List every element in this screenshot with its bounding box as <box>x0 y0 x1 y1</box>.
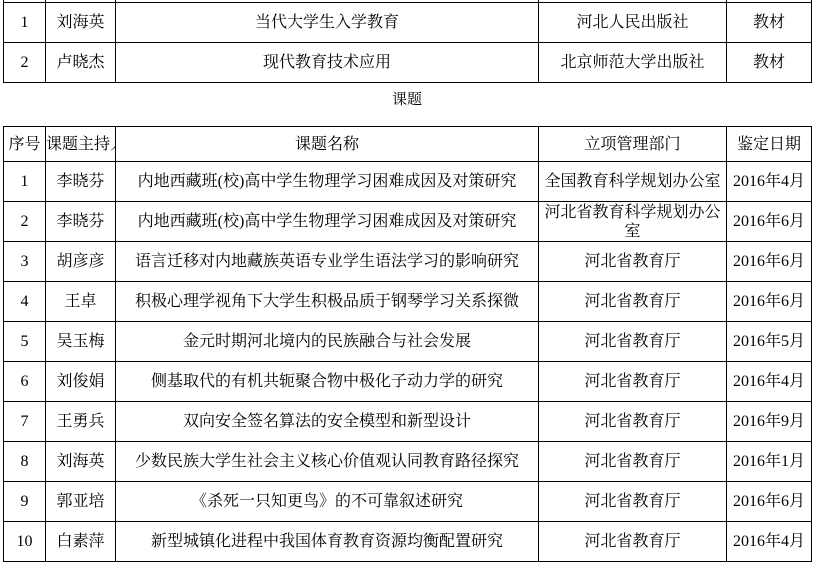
cell-department: 河北省教育厅 <box>539 402 727 442</box>
cell-serial: 10 <box>4 522 46 562</box>
cell-publisher: 北京师范大学出版社 <box>539 43 727 83</box>
cell-number: 2 <box>4 43 46 83</box>
table-row: 2 李晓芬 内地西藏班(校)高中学生物理学习困难成因及对策研究 河北省教育科学规… <box>4 202 812 242</box>
cell-project-name: 内地西藏班(校)高中学生物理学习困难成因及对策研究 <box>116 202 539 242</box>
cell-serial: 7 <box>4 402 46 442</box>
publications-table-wrapper: 1 刘海英 当代大学生入学教育 河北人民出版社 教材 2 卢晓杰 现代教育技术应… <box>3 0 814 84</box>
cell-author: 卢晓杰 <box>46 43 116 83</box>
cell-department: 河北省教育厅 <box>539 482 727 522</box>
cell-date: 2016年6月 <box>727 482 812 522</box>
cell-leader: 白素萍 <box>46 522 116 562</box>
projects-table-header-row: 序号 课题主持人 课题名称 立项管理部门 鉴定日期 <box>4 127 812 162</box>
cell-author: 刘海英 <box>46 3 116 43</box>
cell-serial: 1 <box>4 162 46 202</box>
cell-publisher: 河北人民出版社 <box>539 3 727 43</box>
table-row: 8 刘海英 少数民族大学生社会主义核心价值观认同教育路径探究 河北省教育厅 20… <box>4 442 812 482</box>
cell-date: 2016年5月 <box>727 322 812 362</box>
cell-date: 2016年9月 <box>727 402 812 442</box>
cell-date: 2016年6月 <box>727 282 812 322</box>
table-row: 7 王勇兵 双向安全签名算法的安全模型和新型设计 河北省教育厅 2016年9月 <box>4 402 812 442</box>
cell-department: 河北省教育厅 <box>539 362 727 402</box>
header-date: 鉴定日期 <box>727 127 812 162</box>
cell-book-title: 现代教育技术应用 <box>116 43 539 83</box>
cell-date: 2016年6月 <box>727 242 812 282</box>
cell-department: 河北省教育厅 <box>539 282 727 322</box>
cell-leader: 王卓 <box>46 282 116 322</box>
cell-date: 2016年4月 <box>727 362 812 402</box>
cell-serial: 2 <box>4 202 46 242</box>
table-row: 4 王卓 积极心理学视角下大学生积极品质于钢琴学习关系探微 河北省教育厅 201… <box>4 282 812 322</box>
cell-project-name: 少数民族大学生社会主义核心价值观认同教育路径探究 <box>116 442 539 482</box>
publications-table: 1 刘海英 当代大学生入学教育 河北人民出版社 教材 2 卢晓杰 现代教育技术应… <box>3 0 812 83</box>
cell-department: 河北省教育厅 <box>539 522 727 562</box>
cell-department: 河北省教育厅 <box>539 242 727 282</box>
cell-project-name: 《杀死一只知更鸟》的不可靠叙述研究 <box>116 482 539 522</box>
document-page: 1 刘海英 当代大学生入学教育 河北人民出版社 教材 2 卢晓杰 现代教育技术应… <box>0 0 814 562</box>
cell-department: 河北省教育厅 <box>539 442 727 482</box>
cell-leader: 李晓芬 <box>46 202 116 242</box>
cell-leader: 胡彦彦 <box>46 242 116 282</box>
header-serial: 序号 <box>4 127 46 162</box>
cell-department: 河北省教育科学规划办公室 <box>539 202 727 242</box>
cell-leader: 李晓芬 <box>46 162 116 202</box>
header-leader: 课题主持人 <box>46 127 116 162</box>
section-title: 课题 <box>3 90 811 110</box>
cell-leader: 郭亚培 <box>46 482 116 522</box>
cell-serial: 9 <box>4 482 46 522</box>
cell-date: 2016年1月 <box>727 442 812 482</box>
table-row: 2 卢晓杰 现代教育技术应用 北京师范大学出版社 教材 <box>4 43 812 83</box>
cell-number: 1 <box>4 3 46 43</box>
header-project-name: 课题名称 <box>116 127 539 162</box>
table-row: 6 刘俊娟 侧基取代的有机共轭聚合物中极化子动力学的研究 河北省教育厅 2016… <box>4 362 812 402</box>
table-row: 1 李晓芬 内地西藏班(校)高中学生物理学习困难成因及对策研究 全国教育科学规划… <box>4 162 812 202</box>
cell-project-name: 语言迁移对内地藏族英语专业学生语法学习的影响研究 <box>116 242 539 282</box>
cell-department: 河北省教育厅 <box>539 322 727 362</box>
table-row: 3 胡彦彦 语言迁移对内地藏族英语专业学生语法学习的影响研究 河北省教育厅 20… <box>4 242 812 282</box>
header-department: 立项管理部门 <box>539 127 727 162</box>
cell-leader: 刘海英 <box>46 442 116 482</box>
table-row: 1 刘海英 当代大学生入学教育 河北人民出版社 教材 <box>4 3 812 43</box>
projects-table: 序号 课题主持人 课题名称 立项管理部门 鉴定日期 1 李晓芬 内地西藏班(校)… <box>3 126 812 562</box>
table-row: 9 郭亚培 《杀死一只知更鸟》的不可靠叙述研究 河北省教育厅 2016年6月 <box>4 482 812 522</box>
cell-project-name: 积极心理学视角下大学生积极品质于钢琴学习关系探微 <box>116 282 539 322</box>
cell-project-name: 侧基取代的有机共轭聚合物中极化子动力学的研究 <box>116 362 539 402</box>
cell-serial: 3 <box>4 242 46 282</box>
cell-serial: 6 <box>4 362 46 402</box>
cell-project-name: 内地西藏班(校)高中学生物理学习困难成因及对策研究 <box>116 162 539 202</box>
table-row: 5 吴玉梅 金元时期河北境内的民族融合与社会发展 河北省教育厅 2016年5月 <box>4 322 812 362</box>
cell-serial: 5 <box>4 322 46 362</box>
cell-project-name: 金元时期河北境内的民族融合与社会发展 <box>116 322 539 362</box>
cell-serial: 4 <box>4 282 46 322</box>
cell-department: 全国教育科学规划办公室 <box>539 162 727 202</box>
cell-category: 教材 <box>727 43 812 83</box>
cell-serial: 8 <box>4 442 46 482</box>
cell-leader: 王勇兵 <box>46 402 116 442</box>
cell-project-name: 双向安全签名算法的安全模型和新型设计 <box>116 402 539 442</box>
cell-date: 2016年4月 <box>727 522 812 562</box>
cell-category: 教材 <box>727 3 812 43</box>
table-row: 10 白素萍 新型城镇化进程中我国体育教育资源均衡配置研究 河北省教育厅 201… <box>4 522 812 562</box>
cell-project-name: 新型城镇化进程中我国体育教育资源均衡配置研究 <box>116 522 539 562</box>
cell-leader: 刘俊娟 <box>46 362 116 402</box>
cell-leader: 吴玉梅 <box>46 322 116 362</box>
cell-date: 2016年6月 <box>727 202 812 242</box>
cell-book-title: 当代大学生入学教育 <box>116 3 539 43</box>
cell-date: 2016年4月 <box>727 162 812 202</box>
